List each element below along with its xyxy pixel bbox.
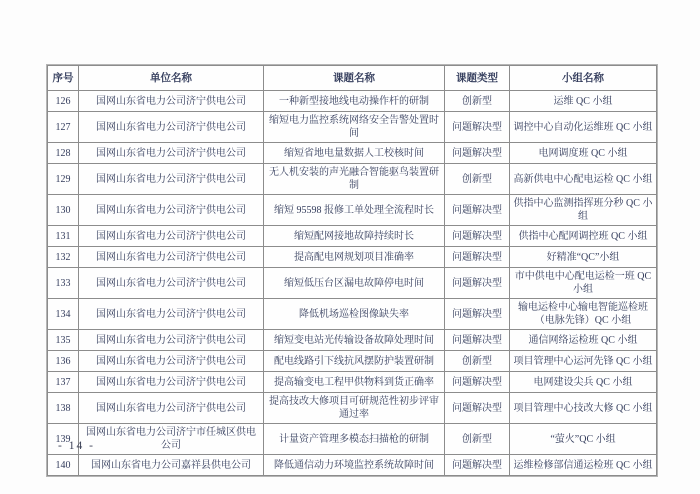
cell-group: 运维 QC 小组 — [510, 91, 657, 112]
cell-unit: 国网山东省电力公司济宁供电公司 — [79, 268, 264, 299]
document-page: { "page_number": "- 14 -", "table": { "h… — [0, 0, 700, 494]
cell-unit: 国网山东省电力公司济宁供电公司 — [79, 195, 264, 226]
table-row: 130 国网山东省电力公司济宁供电公司 缩短 95598 报修工单处理全流程时长… — [48, 195, 657, 226]
cell-unit: 国网山东省电力公司济宁供电公司 — [79, 112, 264, 143]
table-row: 127 国网山东省电力公司济宁供电公司 缩短电力监控系统网络安全告警处置时间 问… — [48, 112, 657, 143]
cell-unit: 国网山东省电力公司济宁供电公司 — [79, 393, 264, 424]
header-index: 序号 — [48, 66, 79, 91]
cell-project: 缩短低压台区漏电故障停电时间 — [264, 268, 445, 299]
cell-type: 创新型 — [445, 351, 510, 372]
cell-unit: 国网山东省电力公司济宁供电公司 — [79, 91, 264, 112]
table-row: 138 国网山东省电力公司济宁供电公司 提高技改大修项目可研规范性初步评审通过率… — [48, 393, 657, 424]
cell-unit: 国网山东省电力公司济宁供电公司 — [79, 164, 264, 195]
cell-type: 问题解决型 — [445, 143, 510, 164]
cell-group: 电网调度班 QC 小组 — [510, 143, 657, 164]
cell-index: 138 — [48, 393, 79, 424]
cell-project: 缩短省地电量数据人工校核时间 — [264, 143, 445, 164]
table-row: 135 国网山东省电力公司济宁供电公司 缩短变电站光传输设备故障处理时间 问题解… — [48, 330, 657, 351]
cell-type: 创新型 — [445, 424, 510, 455]
cell-type: 问题解决型 — [445, 393, 510, 424]
cell-group: 输电运检中心输电智能巡检班（电脉先锋）QC 小组 — [510, 299, 657, 330]
cell-index: 131 — [48, 226, 79, 247]
cell-index: 126 — [48, 91, 79, 112]
cell-group: 项目管理中心运河先锋 QC 小组 — [510, 351, 657, 372]
cell-type: 问题解决型 — [445, 372, 510, 393]
cell-index: 127 — [48, 112, 79, 143]
qc-project-table: 序号 单位名称 课题名称 课题类型 小组名称 126 国网山东省电力公司济宁供电… — [47, 65, 657, 476]
table-row: 134 国网山东省电力公司济宁供电公司 降低机场巡检图像缺失率 问题解决型 输电… — [48, 299, 657, 330]
cell-unit: 国网山东省电力公司济宁供电公司 — [79, 351, 264, 372]
cell-unit: 国网山东省电力公司济宁供电公司 — [79, 299, 264, 330]
cell-unit: 国网山东省电力公司济宁供电公司 — [79, 247, 264, 268]
cell-group: 高新供电中心配电运检 QC 小组 — [510, 164, 657, 195]
cell-type: 问题解决型 — [445, 455, 510, 476]
cell-project: 提高配电网规划项目准确率 — [264, 247, 445, 268]
cell-project: 缩短变电站光传输设备故障处理时间 — [264, 330, 445, 351]
cell-type: 问题解决型 — [445, 268, 510, 299]
table-row: 132 国网山东省电力公司济宁供电公司 提高配电网规划项目准确率 问题解决型 好… — [48, 247, 657, 268]
cell-index: 136 — [48, 351, 79, 372]
header-group: 小组名称 — [510, 66, 657, 91]
cell-project: 一种新型接地线电动操作杆的研制 — [264, 91, 445, 112]
cell-type: 创新型 — [445, 164, 510, 195]
table-row: 140 国网山东省电力公司嘉祥县供电公司 降低通信动力环境监控系统故障时间 问题… — [48, 455, 657, 476]
table-body: 126 国网山东省电力公司济宁供电公司 一种新型接地线电动操作杆的研制 创新型 … — [48, 91, 657, 476]
cell-index: 132 — [48, 247, 79, 268]
cell-index: 129 — [48, 164, 79, 195]
cell-project: 计量资产管理多模态扫描枪的研制 — [264, 424, 445, 455]
header-type: 课题类型 — [445, 66, 510, 91]
cell-index: 140 — [48, 455, 79, 476]
cell-project: 缩短配网接地故障持续时长 — [264, 226, 445, 247]
header-unit: 单位名称 — [79, 66, 264, 91]
cell-unit: 国网山东省电力公司济宁供电公司 — [79, 143, 264, 164]
header-row: 序号 单位名称 课题名称 课题类型 小组名称 — [48, 66, 657, 91]
cell-type: 问题解决型 — [445, 247, 510, 268]
cell-unit: 国网山东省电力公司济宁供电公司 — [79, 372, 264, 393]
cell-project: 降低通信动力环境监控系统故障时间 — [264, 455, 445, 476]
cell-project: 提高技改大修项目可研规范性初步评审通过率 — [264, 393, 445, 424]
table-row: 131 国网山东省电力公司济宁供电公司 缩短配网接地故障持续时长 问题解决型 供… — [48, 226, 657, 247]
cell-group: 好精准“QC”小组 — [510, 247, 657, 268]
cell-group: 电网建设尖兵 QC 小组 — [510, 372, 657, 393]
cell-unit: 国网山东省电力公司济宁市任城区供电公司 — [79, 424, 264, 455]
cell-index: 134 — [48, 299, 79, 330]
header-project: 课题名称 — [264, 66, 445, 91]
cell-group: “萤火”QC 小组 — [510, 424, 657, 455]
cell-group: 通信网络运检班 QC 小组 — [510, 330, 657, 351]
cell-group: 市中供电中心配电运检一班 QC 小组 — [510, 268, 657, 299]
cell-type: 问题解决型 — [445, 299, 510, 330]
table-row: 139 国网山东省电力公司济宁市任城区供电公司 计量资产管理多模态扫描枪的研制 … — [48, 424, 657, 455]
cell-index: 130 — [48, 195, 79, 226]
table-header: 序号 单位名称 课题名称 课题类型 小组名称 — [48, 66, 657, 91]
page-number: - 14 - — [58, 440, 95, 452]
cell-project: 降低机场巡检图像缺失率 — [264, 299, 445, 330]
table-row: 133 国网山东省电力公司济宁供电公司 缩短低压台区漏电故障停电时间 问题解决型… — [48, 268, 657, 299]
table-row: 128 国网山东省电力公司济宁供电公司 缩短省地电量数据人工校核时间 问题解决型… — [48, 143, 657, 164]
cell-index: 128 — [48, 143, 79, 164]
cell-group: 供指中心配网调控班 QC 小组 — [510, 226, 657, 247]
cell-group: 调控中心自动化运维班 QC 小组 — [510, 112, 657, 143]
cell-type: 问题解决型 — [445, 112, 510, 143]
cell-type: 问题解决型 — [445, 195, 510, 226]
cell-type: 问题解决型 — [445, 226, 510, 247]
table-row: 126 国网山东省电力公司济宁供电公司 一种新型接地线电动操作杆的研制 创新型 … — [48, 91, 657, 112]
cell-index: 133 — [48, 268, 79, 299]
cell-group: 供指中心监测指挥班分秒 QC 小组 — [510, 195, 657, 226]
cell-type: 创新型 — [445, 91, 510, 112]
table-row: 137 国网山东省电力公司济宁供电公司 提高输变电工程甲供物料到货正确率 问题解… — [48, 372, 657, 393]
cell-index: 135 — [48, 330, 79, 351]
cell-group: 项目管理中心技改大修 QC 小组 — [510, 393, 657, 424]
cell-group: 运维检修部信通运检班 QC 小组 — [510, 455, 657, 476]
cell-project: 无人机安装的声光融合智能驱鸟装置研制 — [264, 164, 445, 195]
cell-project: 缩短电力监控系统网络安全告警处置时间 — [264, 112, 445, 143]
table-row: 129 国网山东省电力公司济宁供电公司 无人机安装的声光融合智能驱鸟装置研制 创… — [48, 164, 657, 195]
cell-project: 配电线路引下线抗风摆防护装置研制 — [264, 351, 445, 372]
table-row: 136 国网山东省电力公司济宁供电公司 配电线路引下线抗风摆防护装置研制 创新型… — [48, 351, 657, 372]
cell-type: 问题解决型 — [445, 330, 510, 351]
cell-index: 137 — [48, 372, 79, 393]
cell-project: 提高输变电工程甲供物料到货正确率 — [264, 372, 445, 393]
cell-project: 缩短 95598 报修工单处理全流程时长 — [264, 195, 445, 226]
cell-unit: 国网山东省电力公司嘉祥县供电公司 — [79, 455, 264, 476]
cell-unit: 国网山东省电力公司济宁供电公司 — [79, 226, 264, 247]
cell-unit: 国网山东省电力公司济宁供电公司 — [79, 330, 264, 351]
